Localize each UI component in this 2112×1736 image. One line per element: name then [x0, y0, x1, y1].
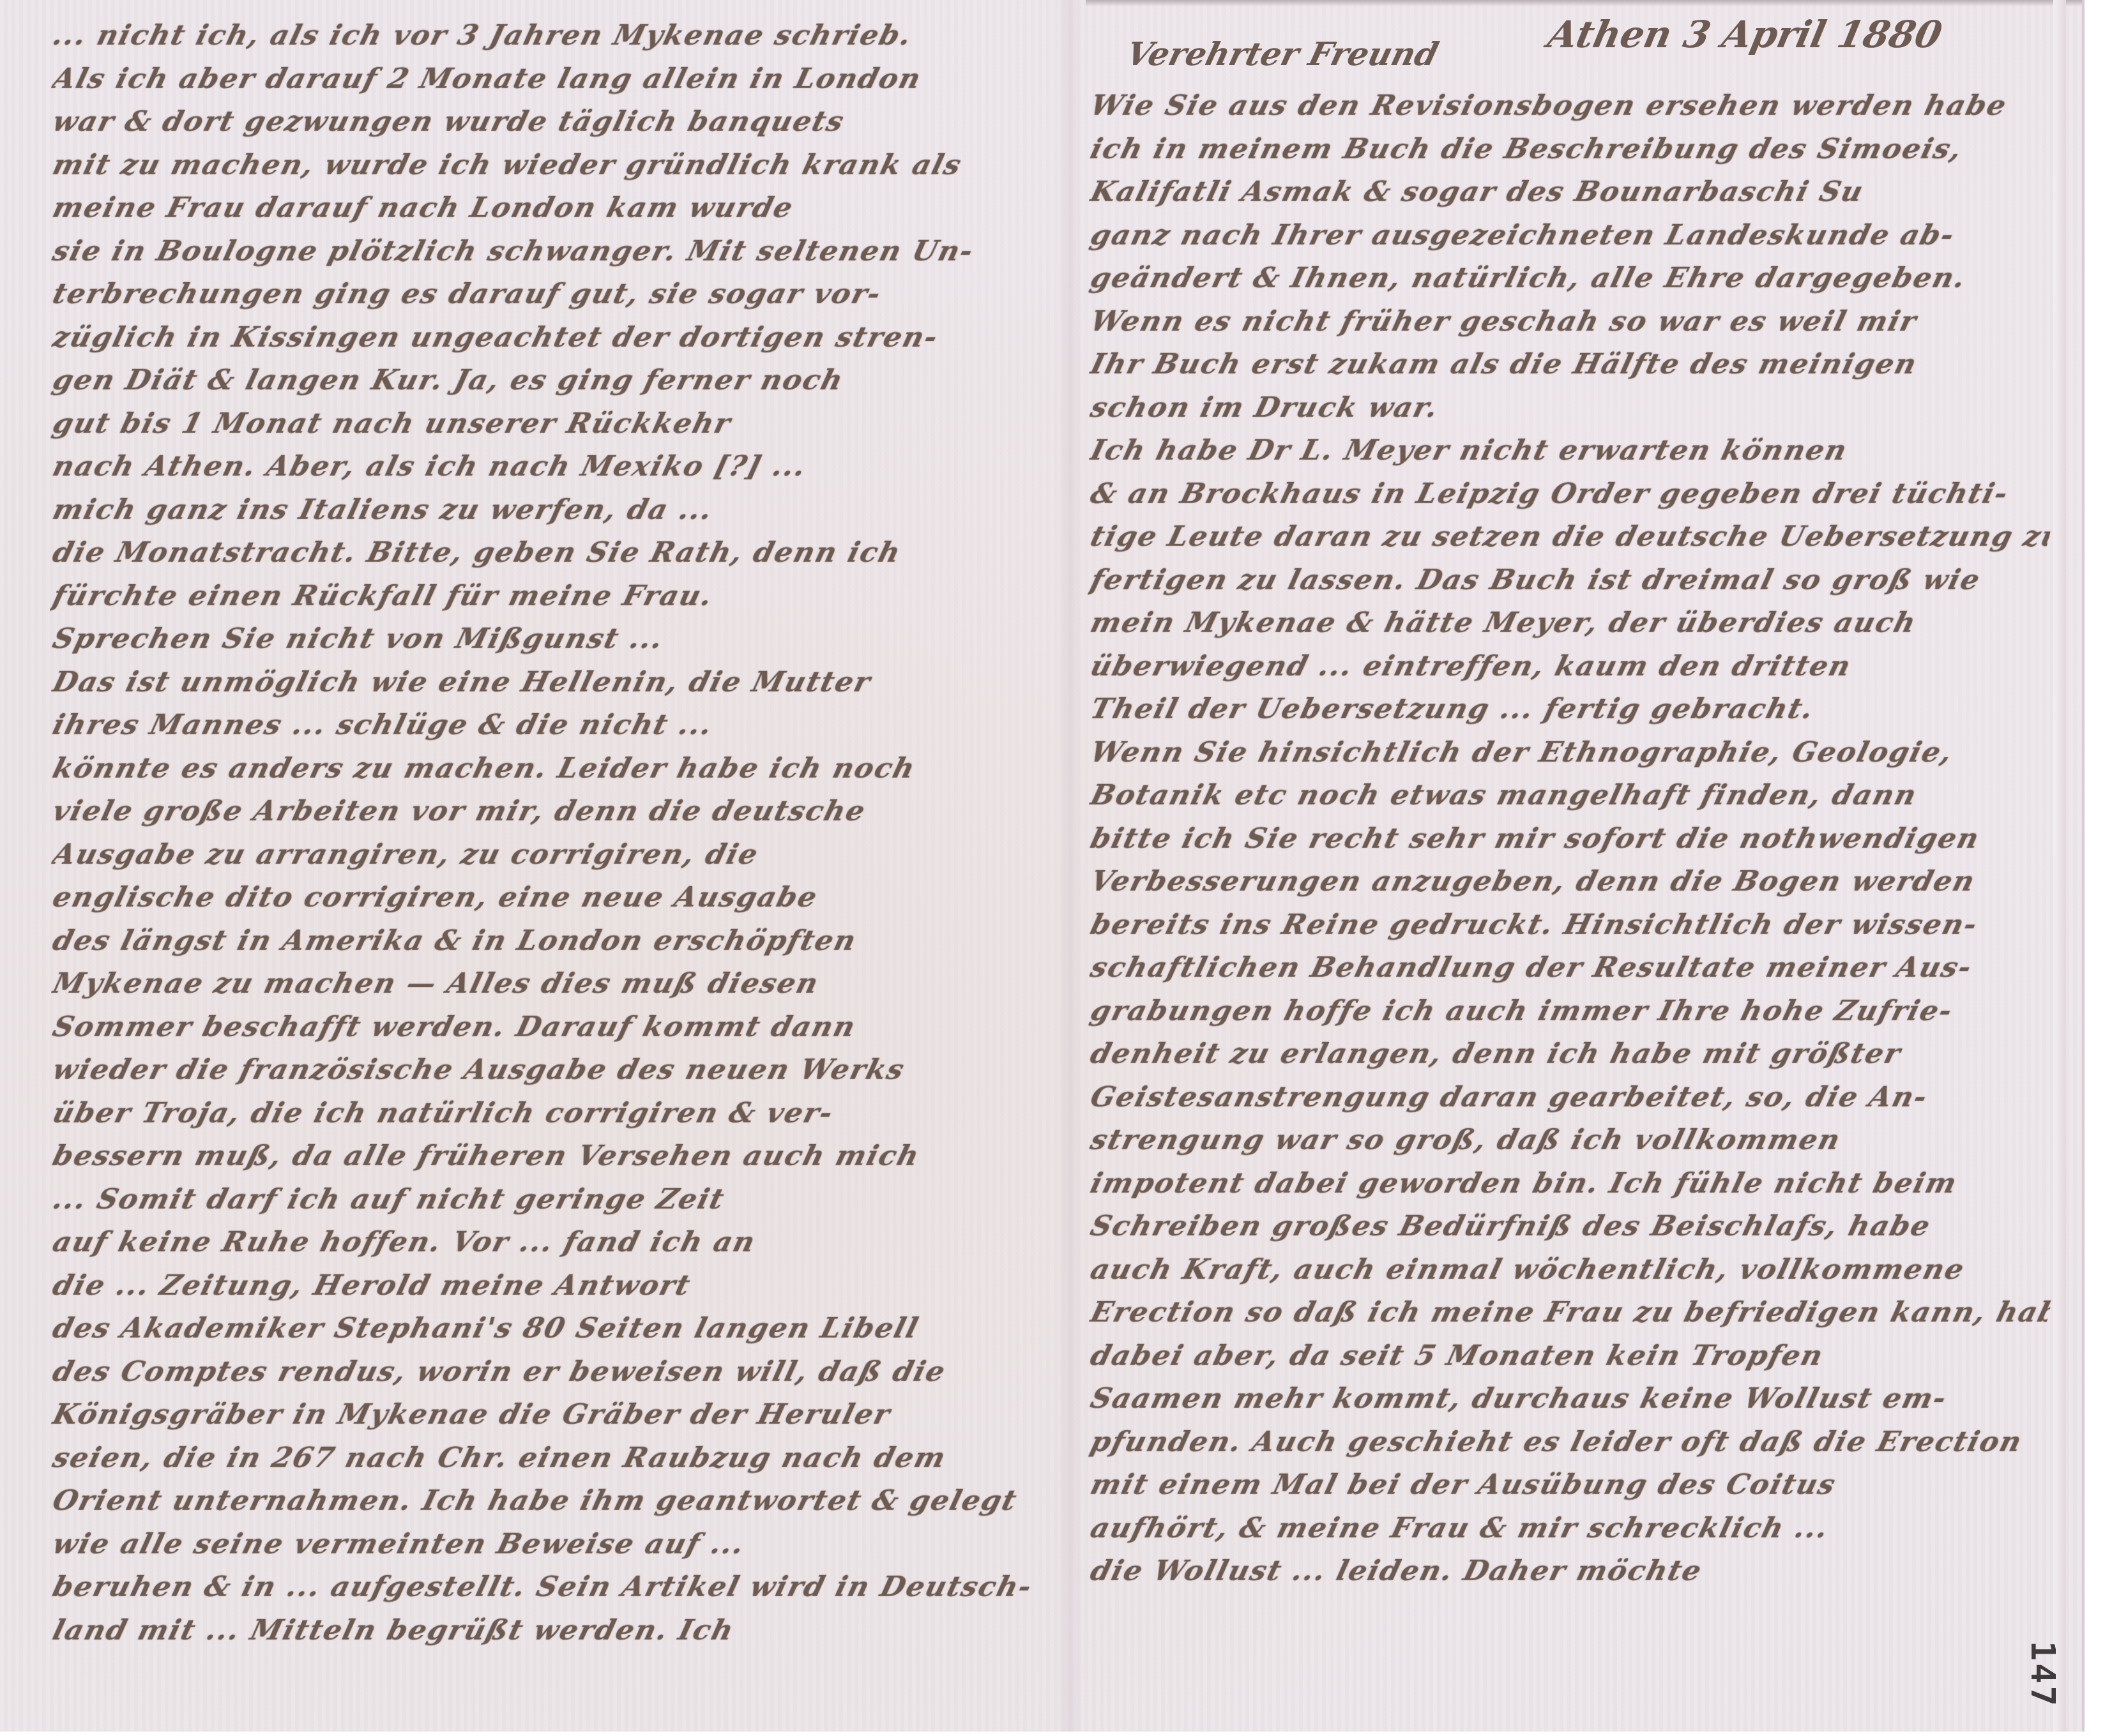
handwritten-line: die Wollust ... leiden. Daher möchte: [1083, 1555, 2053, 1606]
letter-salutation: Verehrter Freund: [1123, 35, 1443, 73]
letter-dateline: Athen 3 April 1880: [1544, 13, 1946, 56]
paper-edge: [2053, 0, 2066, 1732]
left-page: ... nicht ich, als ich vor 3 Jahren Myke…: [51, 0, 1047, 1732]
folio-number-stamp: 147: [2023, 1641, 2062, 1709]
right-page: Athen 3 April 1880 Verehrter Freund Wie …: [1089, 0, 2047, 1732]
center-fold: [1057, 0, 1083, 1732]
handwritten-line: land mit ... Mitteln begrüßt werden. Ich: [45, 1614, 1054, 1665]
